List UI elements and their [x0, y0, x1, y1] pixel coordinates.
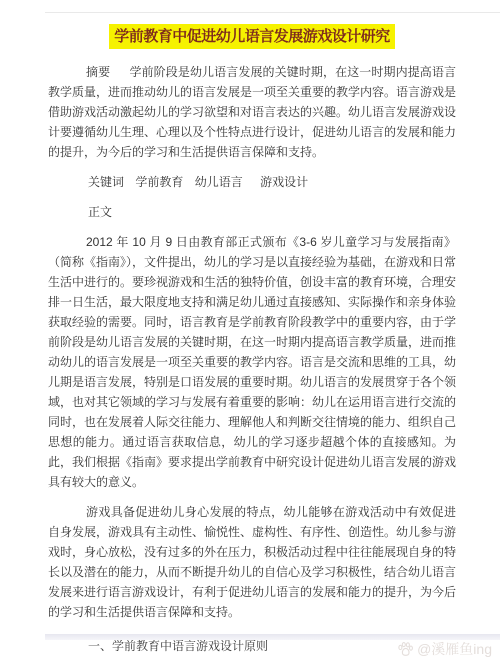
keyword-item: 幼儿语言: [195, 175, 243, 189]
body-paragraph-2: 游戏具备促进幼儿身心发展的特点，幼儿能够在游戏活动中有效促进自身发展，游戏具有主…: [48, 502, 456, 622]
abstract-label: 摘要: [86, 65, 110, 79]
keywords-line: 关键词 学前教育 幼儿语言 游戏设计: [48, 172, 456, 192]
paper-title: 学前教育中促进幼儿语言发展游戏设计研究: [109, 24, 395, 49]
watermark: @溪雁鱼ing: [397, 640, 492, 658]
keywords-label: 关键词: [88, 175, 124, 189]
document-page: 学前教育中促进幼儿语言发展游戏设计研究 摘要学前阶段是幼儿语言发展的关键时期，在…: [0, 0, 500, 667]
watermark-handle: @溪雁鱼ing: [417, 640, 492, 658]
baidu-paw-icon: [397, 642, 414, 657]
keyword-item: 学前教育: [135, 175, 183, 189]
keyword-item: 游戏设计: [260, 175, 308, 189]
title-row: 学前教育中促进幼儿语言发展游戏设计研究: [48, 24, 456, 49]
body-paragraph-1: 2012 年 10 月 9 日由教育部正式颁布《3-6 岁儿童学习与发展指南》（…: [48, 232, 456, 492]
document-content: 学前教育中促进幼儿语言发展游戏设计研究 摘要学前阶段是幼儿语言发展的关键时期，在…: [48, 22, 456, 656]
body-label: 正文: [48, 202, 456, 222]
abstract-text: 学前阶段是幼儿语言发展的关键时期，在这一时期内提高语言教学质量，进而推动幼儿的语…: [48, 65, 456, 159]
page-top-edge: [45, 12, 500, 13]
abstract-paragraph: 摘要学前阶段是幼儿语言发展的关键时期，在这一时期内提高语言教学质量，进而推动幼儿…: [48, 62, 456, 162]
